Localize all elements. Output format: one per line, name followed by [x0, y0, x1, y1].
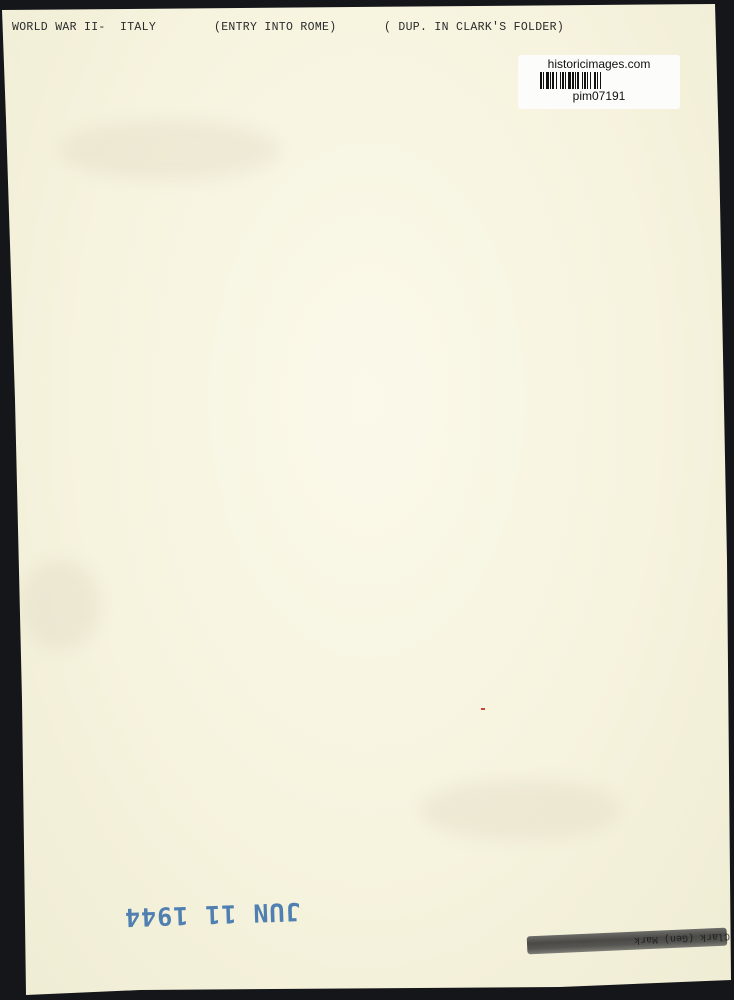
paper-stain [60, 120, 280, 180]
caption-subject: WORLD WAR II- ITALY [12, 21, 156, 34]
caption-event: (ENTRY INTO ROME) [214, 21, 336, 34]
paper-stain [20, 560, 100, 650]
ink-speck [481, 708, 485, 710]
barcode-icon [540, 72, 658, 89]
paper-stain [420, 780, 620, 840]
label-code: pim07191 [518, 89, 680, 103]
photo-print-back: WORLD WAR II- ITALY (ENTRY INTO ROME) ( … [0, 0, 734, 1000]
label-site: historicimages.com [518, 57, 680, 71]
caption-note: ( DUP. IN CLARK'S FOLDER) [384, 21, 564, 34]
date-stamp: JUN 11 1944 [124, 897, 301, 932]
archive-label: historicimages.com pim07191 [518, 55, 680, 109]
